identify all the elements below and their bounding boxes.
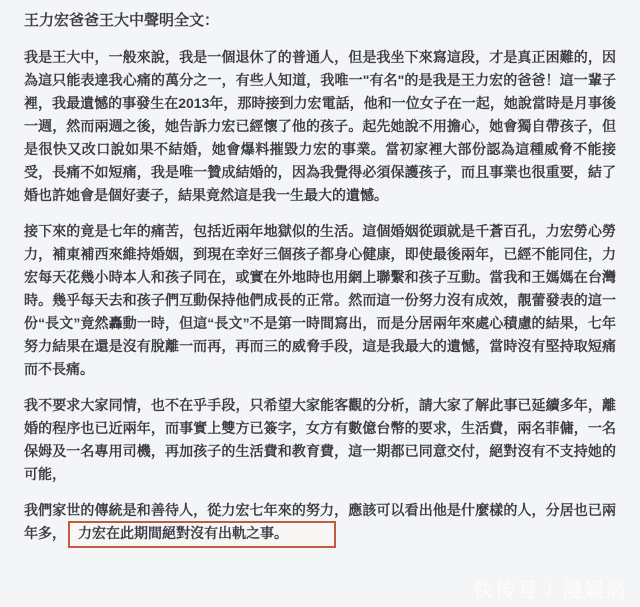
statement-paragraph-2: 接下來的竟是七年的痛苦，包括近兩年地獄似的生活。這個婚姻從頭就是千蒼百孔，力宏勞…: [24, 220, 616, 381]
statement-paragraph-4: 我們家世的傳統是和善待人，從力宏七年來的努力，應該可以看出他是什麼樣的人，分居也…: [24, 499, 616, 545]
statement-paragraph-1: 我是王大中，一般來說，我是一個退休了的普通人，但是我坐下來寫這段，才是真正困難的…: [24, 46, 616, 207]
page-title: 王力宏爸爸王大中聲明全文：: [24, 9, 616, 32]
statement-document: 王力宏爸爸王大中聲明全文： 我是王大中，一般來說，我是一個退休了的普通人，但是我…: [0, 0, 640, 545]
watermark: 快传号 / 漫娱局: [473, 574, 628, 603]
statement-highlight-box: 力宏在此期間絕對沒有出軌之事。: [68, 521, 336, 548]
statement-paragraph-3: 我不要求大家同情，也不在乎手段，只希望大家能客觀的分析，請大家了解此事已延續多年…: [24, 394, 616, 486]
